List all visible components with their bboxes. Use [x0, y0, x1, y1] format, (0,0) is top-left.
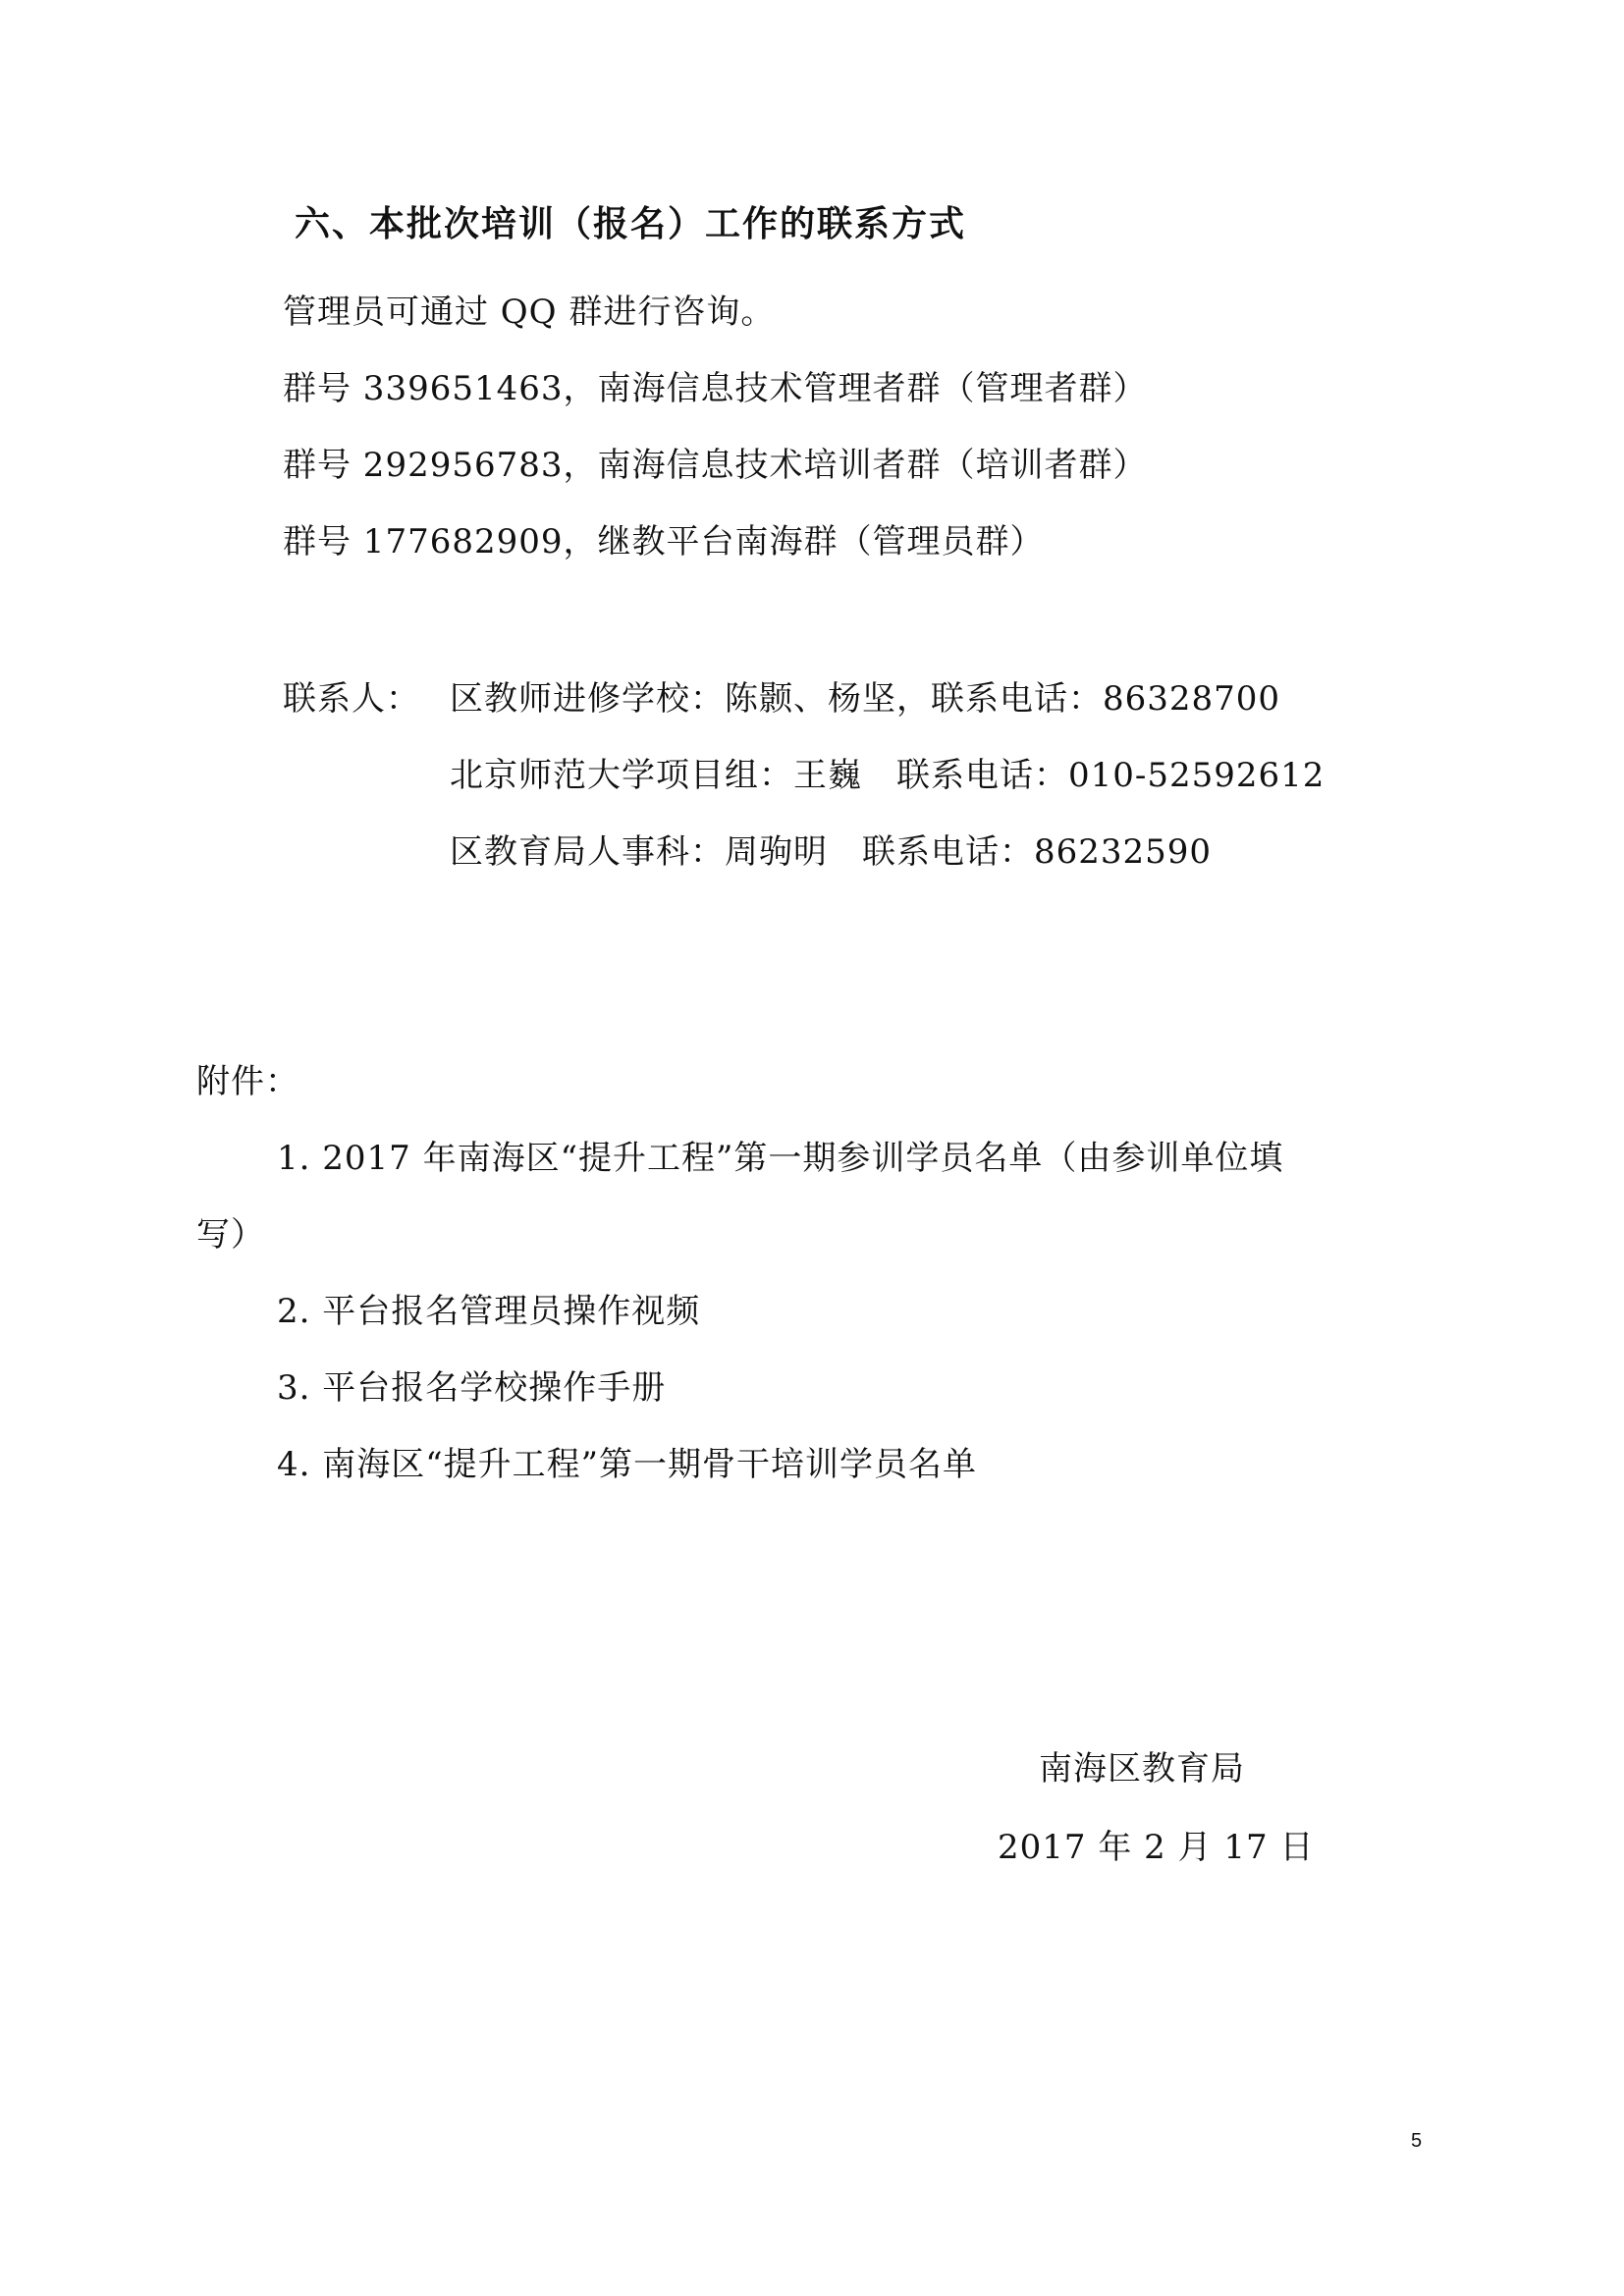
- attachment-item-2: 2. 平台报名管理员操作视频: [277, 1292, 700, 1331]
- contact-entry-1: 区教师进修学校：陈颢、杨坚，联系电话：86328700: [450, 679, 1280, 719]
- contact-entry-2: 北京师范大学项目组：王巍 联系电话：010-52592612: [450, 756, 1325, 795]
- contact-entry-3: 区教育局人事科：周驹明 联系电话：86232590: [450, 832, 1212, 872]
- attachments-label: 附件：: [196, 1062, 299, 1101]
- qq-group-2: 群号 292956783，南海信息技术培训者群（培训者群）: [283, 446, 1148, 485]
- signature-date: 2017 年 2 月 17 日: [998, 1828, 1314, 1867]
- page-number: 5: [1411, 2130, 1422, 2153]
- contacts-label: 联系人：: [283, 679, 420, 719]
- section-heading: 六、本批次培训（报名）工作的联系方式: [295, 196, 966, 246]
- attachment-item-4: 4. 南海区“提升工程”第一期骨干培训学员名单: [277, 1445, 977, 1484]
- qq-group-3: 群号 177682909，继教平台南海群（管理员群）: [283, 522, 1045, 561]
- qq-group-1: 群号 339651463，南海信息技术管理者群（管理者群）: [283, 369, 1148, 408]
- attachment-item-1: 1. 2017 年南海区“提升工程”第一期参训学员名单（由参训单位填: [277, 1139, 1283, 1178]
- signature-org: 南海区教育局: [1039, 1749, 1245, 1789]
- attachment-item-1-cont: 写）: [196, 1215, 265, 1255]
- attachment-item-3: 3. 平台报名学校操作手册: [277, 1368, 666, 1408]
- intro-text: 管理员可通过 QQ 群进行咨询。: [283, 293, 775, 332]
